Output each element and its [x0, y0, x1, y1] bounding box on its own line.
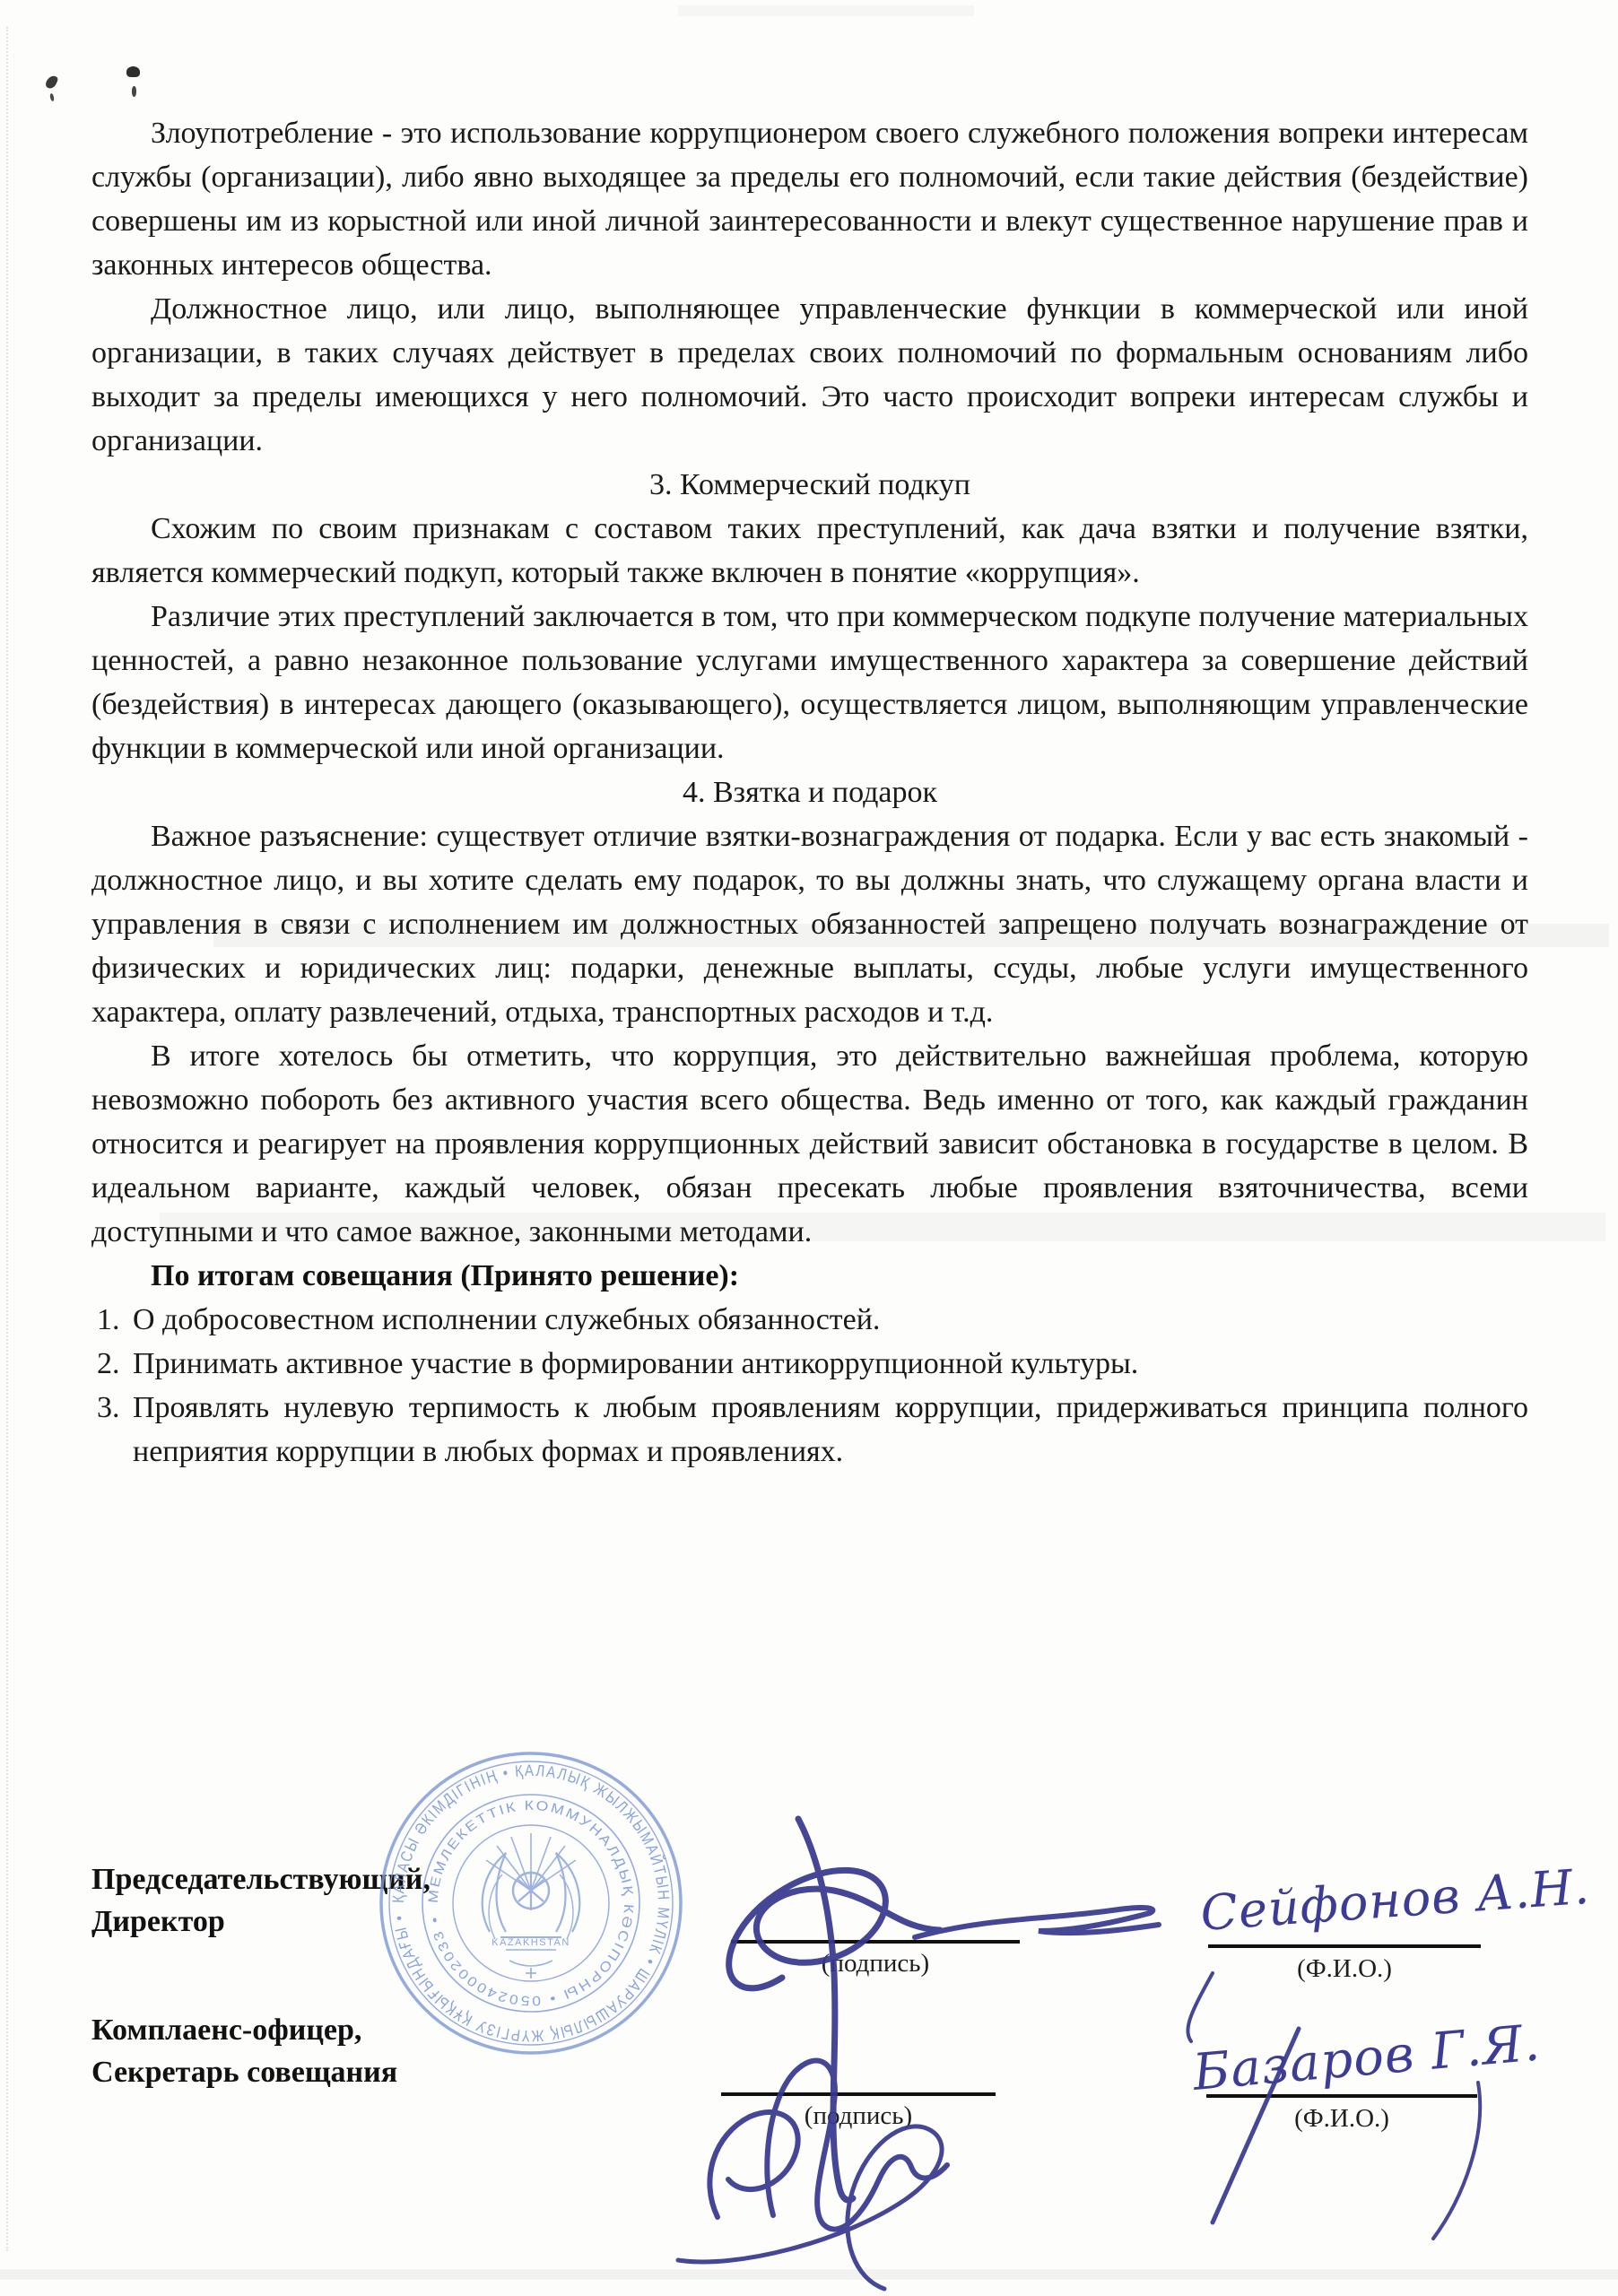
handwritten-name-director: Сейфонов А.Н.	[1199, 1858, 1592, 1942]
director-signature-icon	[729, 1819, 1159, 2200]
pen-stroke	[1433, 2083, 1480, 2239]
handwritten-name-secretary: Базаров Г.Я.	[1190, 2013, 1544, 2102]
secretary-signature-icon	[678, 2060, 947, 2289]
scanned-document-page: Злоупотребление - это использование корр…	[0, 0, 1618, 2296]
pen-stroke	[1187, 1973, 1213, 2041]
handwritten-signatures-layer: Сейфонов А.Н. Базаров Г.Я.	[0, 0, 1618, 2296]
